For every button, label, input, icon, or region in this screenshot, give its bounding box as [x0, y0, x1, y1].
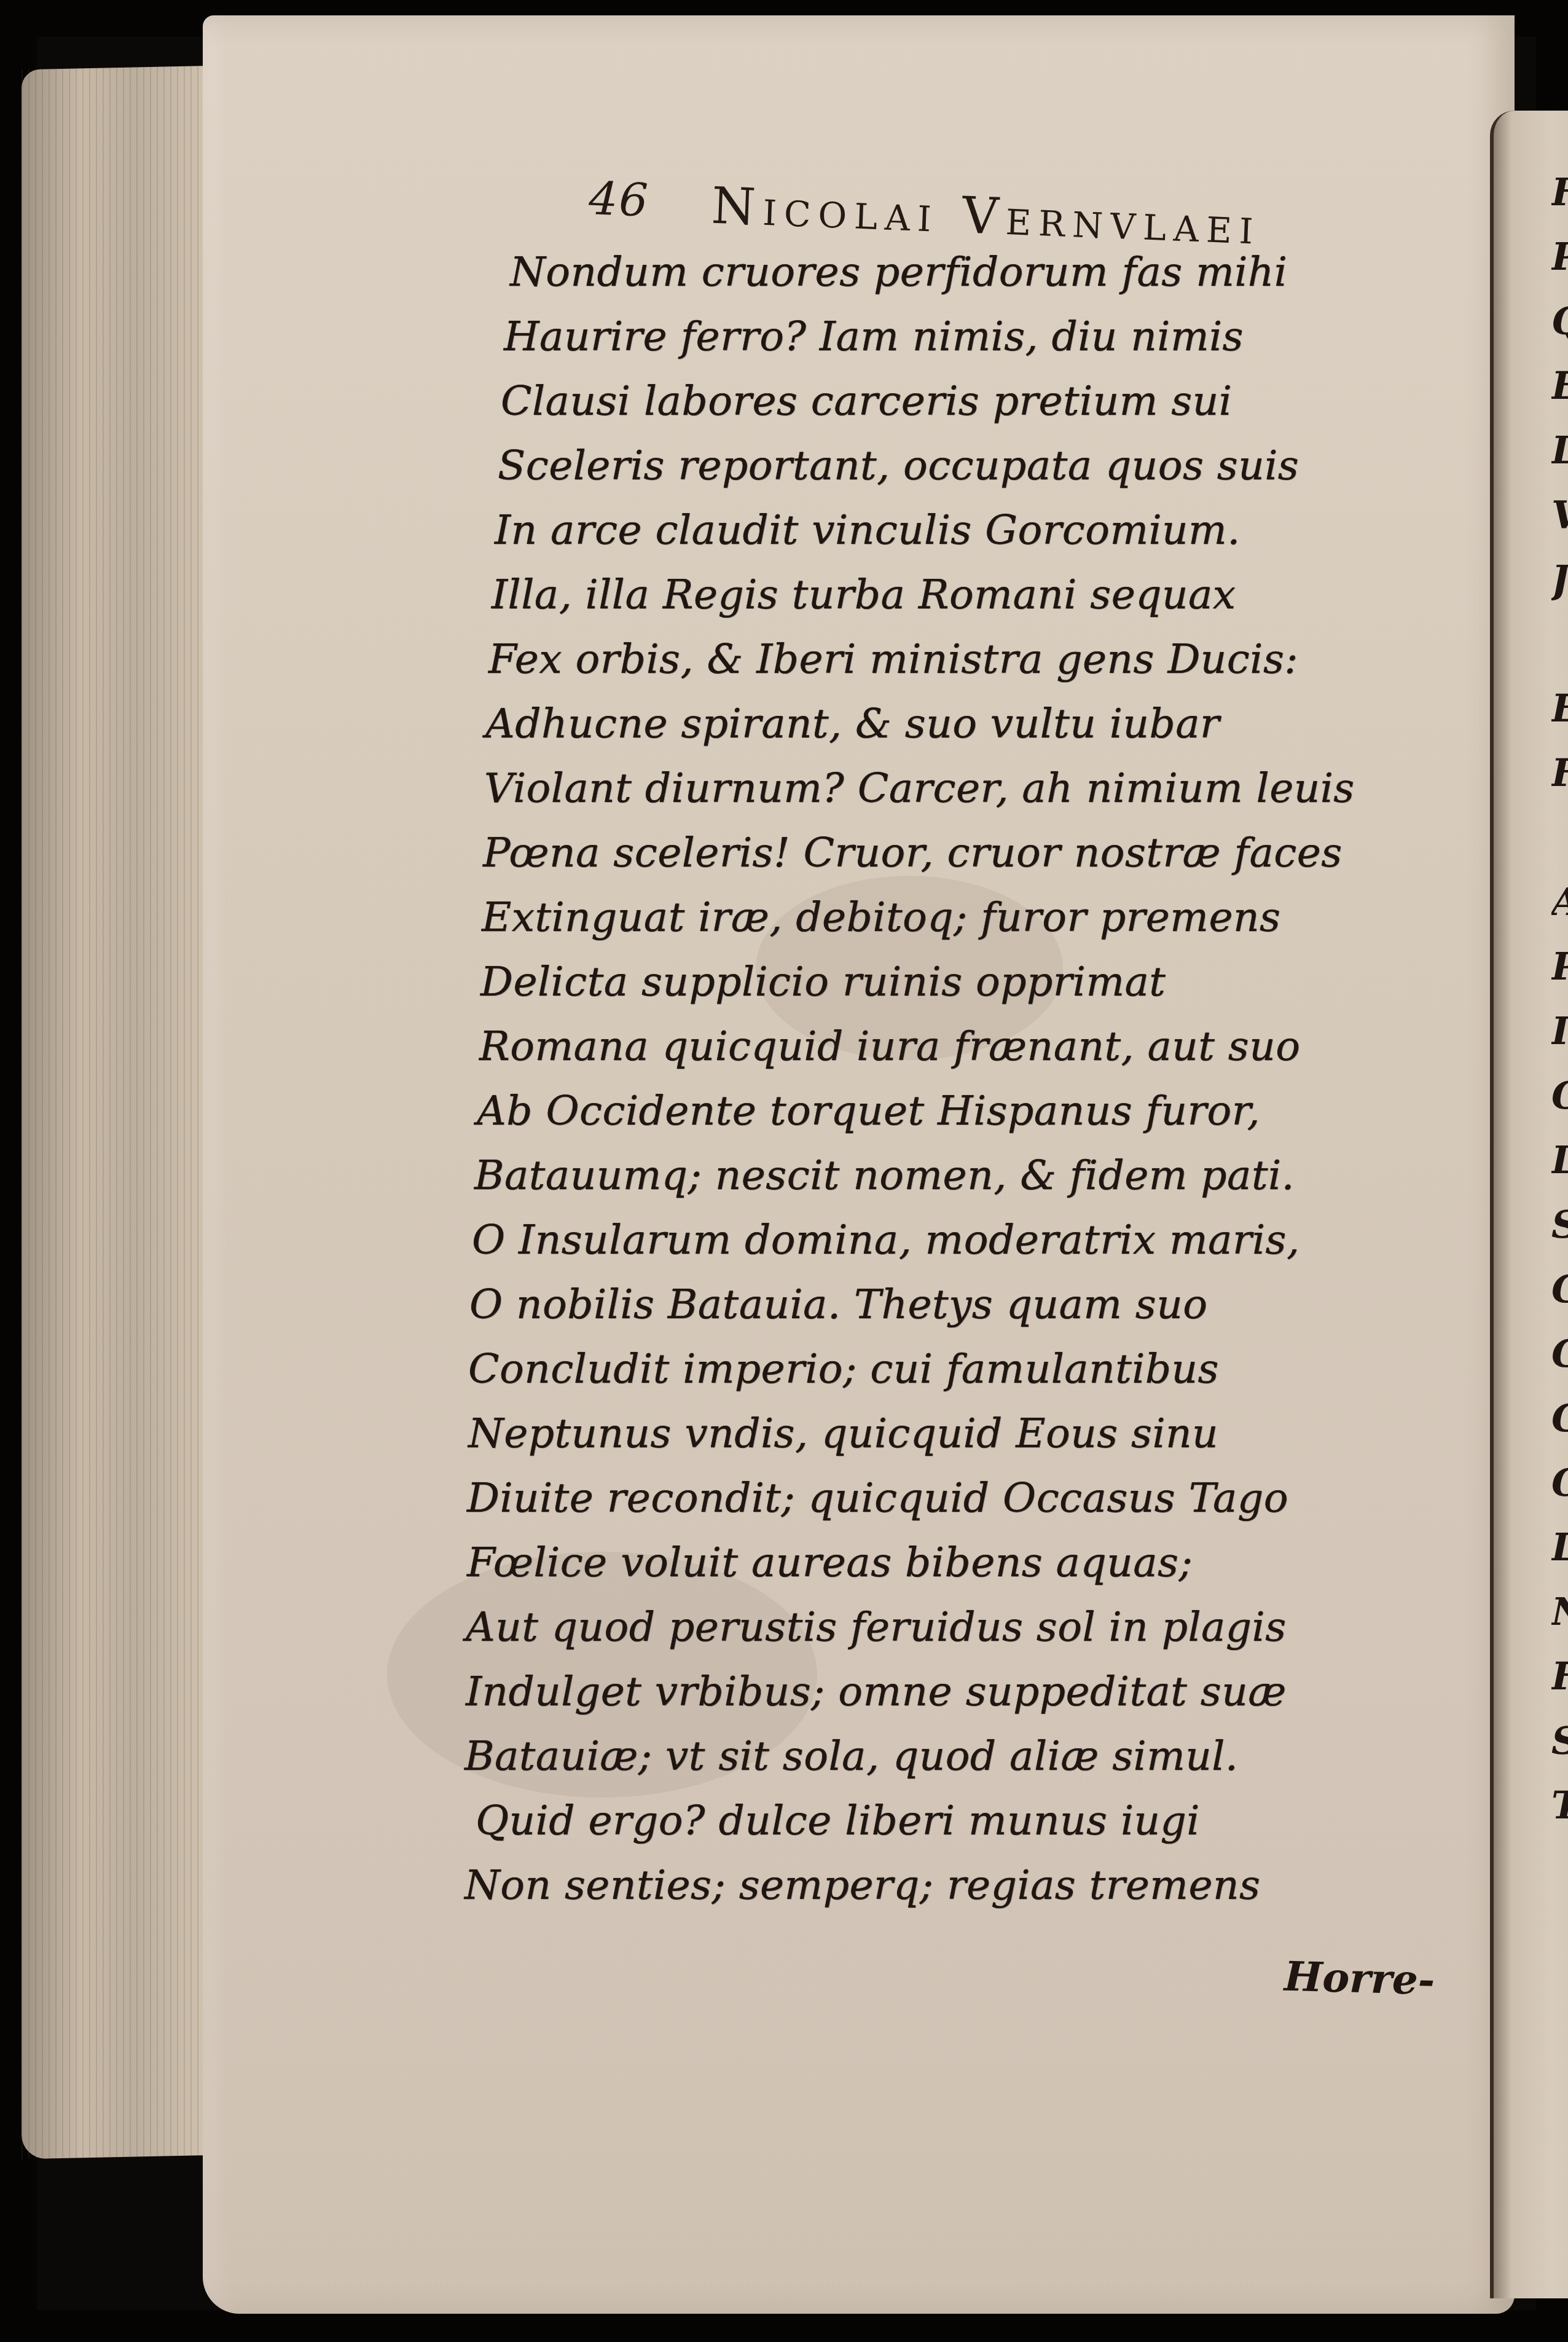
initial-letter: E: [1551, 353, 1568, 418]
verse-line: Aut quod perustis feruidus sol in plagis: [466, 1595, 1438, 1659]
verse-line: Violant diurnum? Carcer, ah nimium leuis: [484, 756, 1438, 820]
verse-line: O nobilis Batauia. Thetys quam suo: [469, 1272, 1438, 1337]
initial-letter: C: [1551, 1257, 1568, 1321]
verse-block: Nondum cruores perfidorum fas mihi Hauri…: [479, 240, 1438, 1917]
initial-letter: S: [1551, 1192, 1568, 1257]
initial-letter: V: [1551, 482, 1568, 547]
verse-line: Neptunus vndis, quicquid Eous sinu: [468, 1401, 1438, 1466]
initial-letter: O: [1551, 1063, 1568, 1128]
initial-letter: Q: [1551, 289, 1568, 353]
catchword: Horre-: [1284, 1952, 1435, 2004]
initial-letter: P: [1551, 224, 1568, 289]
initial-letter: P: [1551, 934, 1568, 999]
verse-line: Romana quicquid iura frænant, aut suo: [479, 1014, 1438, 1079]
initial-letter: C: [1551, 1386, 1568, 1450]
verse-line: Extinguat iræ, debitoq; furor premens: [482, 885, 1438, 949]
verse-line: Sceleris reportant, occupata quos suis: [498, 433, 1438, 498]
verse-line: Diuite recondit; quicquid Occasus Tago: [467, 1466, 1438, 1530]
verse-line: Pœna sceleris! Cruor, cruor nostræ faces: [483, 820, 1438, 885]
verse-line: Non senties; semperq; regias tremens: [465, 1853, 1438, 1917]
initial-letter: F: [1551, 741, 1568, 805]
initial-letter: F: [1551, 1644, 1568, 1708]
initial-letter: L: [1551, 1515, 1568, 1579]
verse-line: O Insularum domina, moderatrix maris,: [472, 1208, 1438, 1272]
verse-line: Haurire ferro? Iam nimis, diu nimis: [504, 304, 1438, 369]
verse-line: Ab Occidente torquet Hispanus furor,: [477, 1079, 1438, 1143]
initial-letter: O: [1551, 1450, 1568, 1515]
initial-letter: [1551, 611, 1568, 676]
right-page-clipped-initials: H P Q E L V J E F A P I O L S C C C O L …: [1551, 160, 1568, 1837]
verse-line: Delicta supplicio ruinis opprimat: [480, 949, 1438, 1014]
verse-line: Concludit imperio; cui famulantibus: [468, 1337, 1438, 1401]
verse-line: In arce claudit vinculis Gorcomium.: [495, 498, 1438, 562]
verse-line: Clausi labores carceris pretium sui: [501, 369, 1438, 433]
initial-letter: H: [1551, 160, 1568, 224]
stacked-page-edges: [22, 66, 224, 2159]
verse-line: Fœlice voluit aureas bibens aquas;: [467, 1530, 1438, 1595]
initial-letter: A: [1551, 870, 1568, 934]
initial-letter: L: [1551, 418, 1568, 482]
initial-letter: C: [1551, 1321, 1568, 1386]
verse-line: Indulget vrbibus; omne suppeditat suæ: [466, 1659, 1438, 1724]
verse-line: Quid ergo? dulce liberi munus iugi: [476, 1788, 1438, 1853]
initial-letter: T: [1551, 1773, 1568, 1837]
initial-letter: J: [1551, 547, 1568, 611]
initial-letter: L: [1551, 1128, 1568, 1192]
initial-letter: E: [1551, 676, 1568, 741]
verse-line: Adhucne spirant, & suo vultu iubar: [485, 691, 1438, 756]
verse-line: Batauumq; nescit nomen, & fidem pati.: [474, 1143, 1438, 1208]
initial-letter: S: [1551, 1708, 1568, 1773]
verse-line: Illa, illa Regis turba Romani sequax: [492, 562, 1438, 627]
initial-letter: I: [1551, 999, 1568, 1063]
page-number: 46: [588, 172, 650, 227]
initial-letter: [1551, 805, 1568, 870]
verse-line: Fex orbis, & Iberi ministra gens Ducis:: [488, 627, 1438, 691]
initial-letter: N: [1551, 1579, 1568, 1644]
verse-line: Nondum cruores perfidorum fas mihi: [510, 240, 1438, 304]
verse-line: Batauiæ; vt sit sola, quod aliæ simul.: [465, 1724, 1438, 1788]
